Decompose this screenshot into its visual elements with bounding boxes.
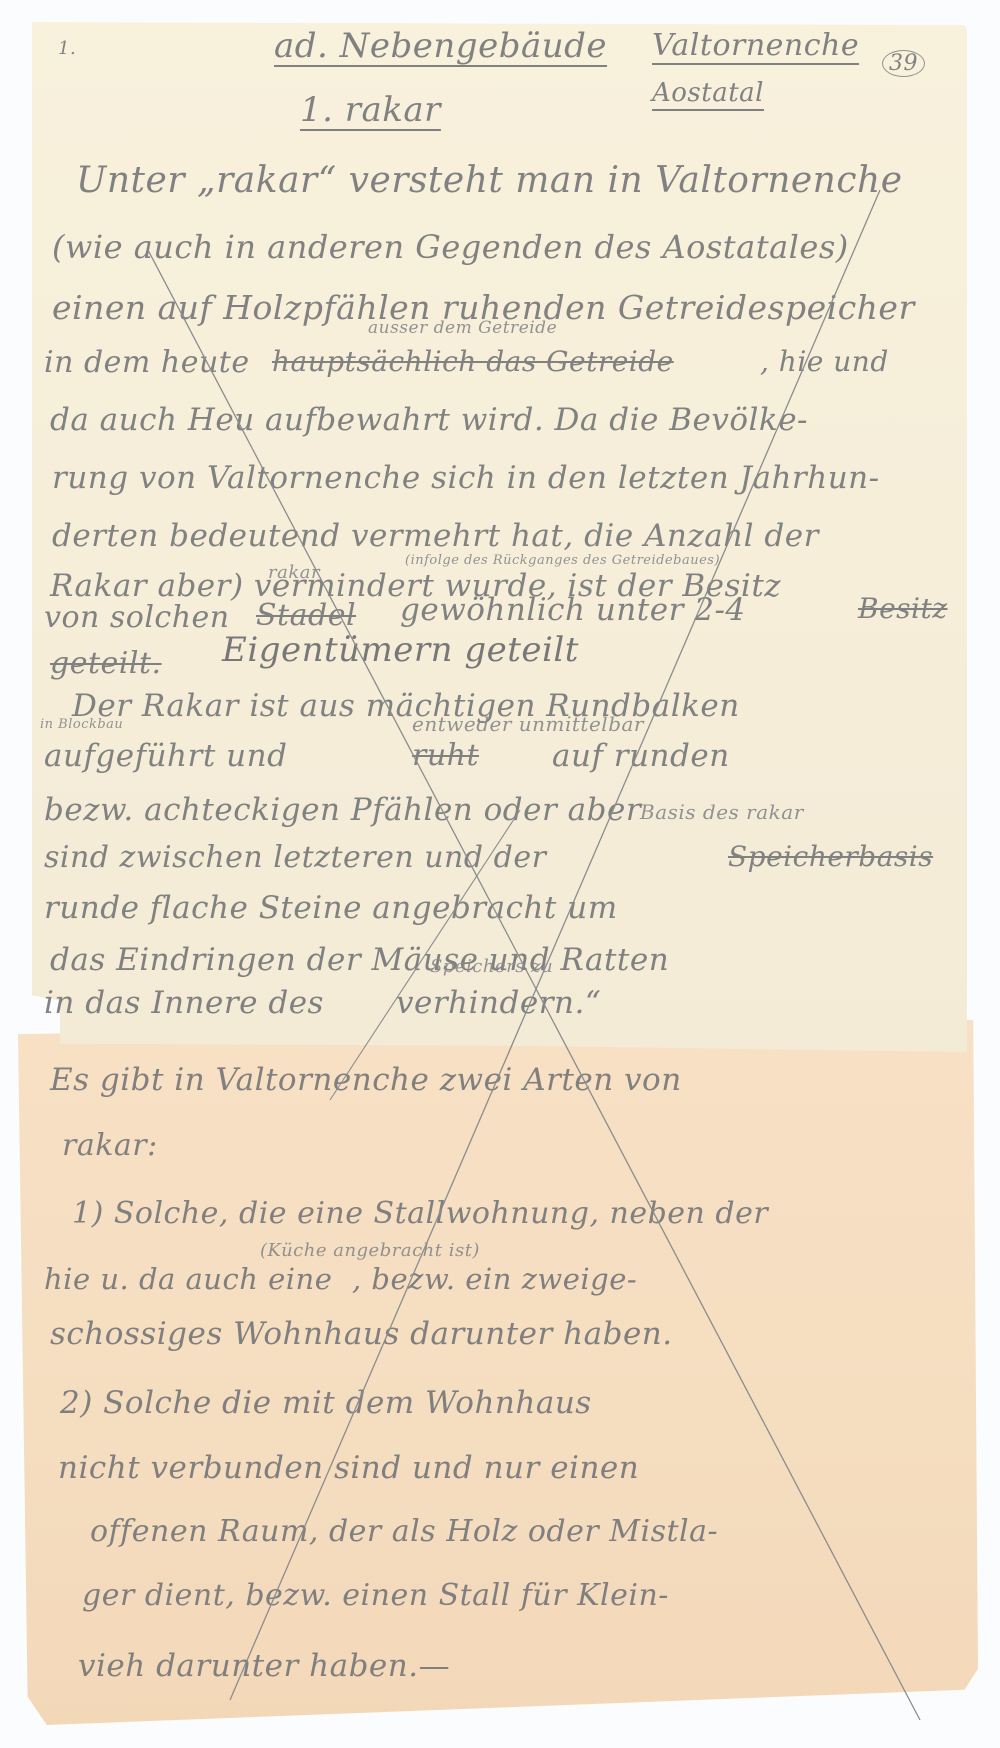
heading-location: Valtornenche bbox=[652, 28, 859, 63]
text-line-13: aufgeführt und bbox=[44, 738, 287, 774]
text-line-b5: , bezw. ein zweige- bbox=[352, 1262, 637, 1296]
text-line-b2: rakar: bbox=[62, 1128, 158, 1163]
struck-stadel: Stadel bbox=[256, 598, 356, 633]
lower-paper-sheet bbox=[18, 1020, 978, 1725]
text-line-1: Unter „rakar“ versteht man in Valtornenc… bbox=[76, 160, 903, 201]
page-number: 39 bbox=[882, 50, 925, 77]
insert-infolge: (infolge des Rückganges des Getreidebaue… bbox=[405, 553, 720, 568]
struck-ruht: ruht bbox=[412, 738, 479, 773]
text-line-eigentuemern: Eigentümern geteilt bbox=[222, 630, 579, 670]
text-line-4: in dem heute bbox=[44, 345, 250, 380]
insert-basis-des-rakar: Basis des rakar bbox=[640, 800, 804, 824]
text-line-b3: 1) Solche, die eine Stallwohnung, neben … bbox=[72, 1196, 768, 1231]
text-line-b8: nicht verbunden sind und nur einen bbox=[58, 1450, 639, 1486]
struck-speicherbasis: Speicherbasis bbox=[728, 840, 933, 873]
text-line-b7: 2) Solche die mit dem Wohnhaus bbox=[60, 1385, 592, 1421]
text-line-b6: schossiges Wohnhaus darunter haben. bbox=[50, 1316, 673, 1352]
insert-in-blockbau: in Blockbau bbox=[40, 717, 123, 732]
text-line-15: bezw. achteckigen Pfählen oder aber bbox=[44, 792, 641, 828]
text-line-18: das Eindringen der Mäuse und Ratten bbox=[50, 942, 669, 978]
text-line-2: (wie auch in anderen Gegenden des Aostat… bbox=[52, 228, 849, 266]
text-line-5: da auch Heu aufbewahrt wird. Da die Bevö… bbox=[50, 402, 808, 438]
heading-nebengebaeude: ad. Nebengebäude bbox=[274, 26, 607, 66]
insert-entweder: entweder unmittelbar bbox=[412, 712, 644, 736]
insert-speichers-zu: Speichers zu bbox=[430, 956, 553, 977]
text-line-b1: Es gibt in Valtornenche zwei Arten von bbox=[50, 1062, 682, 1098]
text-line-7: derten bedeutend vermehrt hat, die Anzah… bbox=[52, 518, 819, 554]
struck-besitz: Besitz bbox=[858, 592, 947, 625]
insert-rakar-above: rakar bbox=[268, 562, 320, 583]
text-line-14: auf runden bbox=[552, 738, 730, 774]
text-line-b9: offenen Raum, der als Holz oder Mistla- bbox=[90, 1514, 718, 1549]
heading-rakar: 1. rakar bbox=[300, 90, 441, 130]
insert-kueche: (Küche angebracht ist) bbox=[260, 1240, 480, 1261]
text-line-10: gewöhnlich unter 2-4 bbox=[400, 592, 746, 628]
text-line-6: rung von Valtornenche sich in den letzte… bbox=[52, 460, 880, 496]
text-line-9: von solchen bbox=[44, 600, 230, 635]
text-line-b4: hie u. da auch eine bbox=[44, 1262, 332, 1296]
page-marker: 1. bbox=[58, 38, 76, 59]
text-line-20: verhindern.“ bbox=[396, 985, 601, 1021]
text-line-b10: ger dient, bezw. einen Stall für Klein- bbox=[82, 1578, 669, 1613]
text-line-19: in das Innere des bbox=[44, 985, 324, 1021]
heading-region: Aostatal bbox=[652, 78, 764, 108]
insert-hie-und: , hie und bbox=[760, 345, 889, 378]
text-line-16: sind zwischen letzteren und der bbox=[44, 840, 546, 875]
text-line-b11: vieh darunter haben.— bbox=[78, 1648, 450, 1684]
text-line-17: runde flache Steine angebracht um bbox=[44, 890, 618, 926]
struck-hauptsaechlich: hauptsächlich das Getreide bbox=[272, 345, 674, 378]
struck-geteilt: geteilt. bbox=[50, 646, 162, 681]
insert-ausser-dem-getreide: ausser dem Getreide bbox=[368, 318, 557, 338]
